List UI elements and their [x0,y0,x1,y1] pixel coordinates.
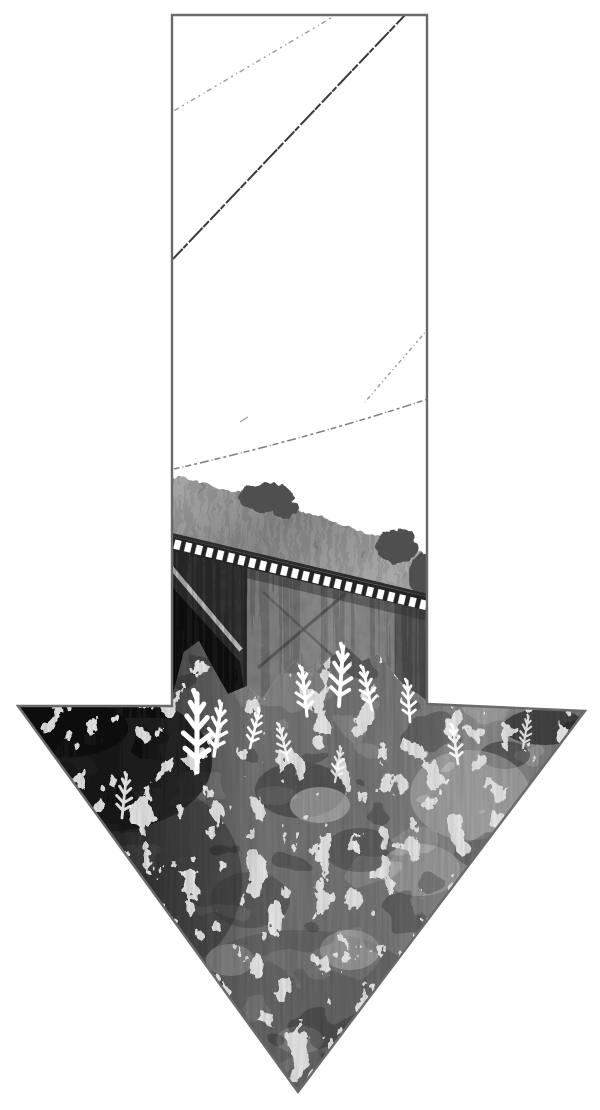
light-clump [380,844,460,896]
light-clump [410,750,530,840]
light-clump [276,1026,324,1054]
arrow-scene [0,0,600,1110]
light-clump [290,787,350,823]
down-arrow-photo-graphic [0,0,600,1110]
light-clump [206,944,254,976]
shadow-clump [78,788,242,972]
arrow-illustration [0,0,600,1110]
shadow-clump [160,930,440,1110]
shadow-clump [210,872,290,928]
light-clump [320,930,380,970]
wildflower-meadow [0,641,587,1110]
